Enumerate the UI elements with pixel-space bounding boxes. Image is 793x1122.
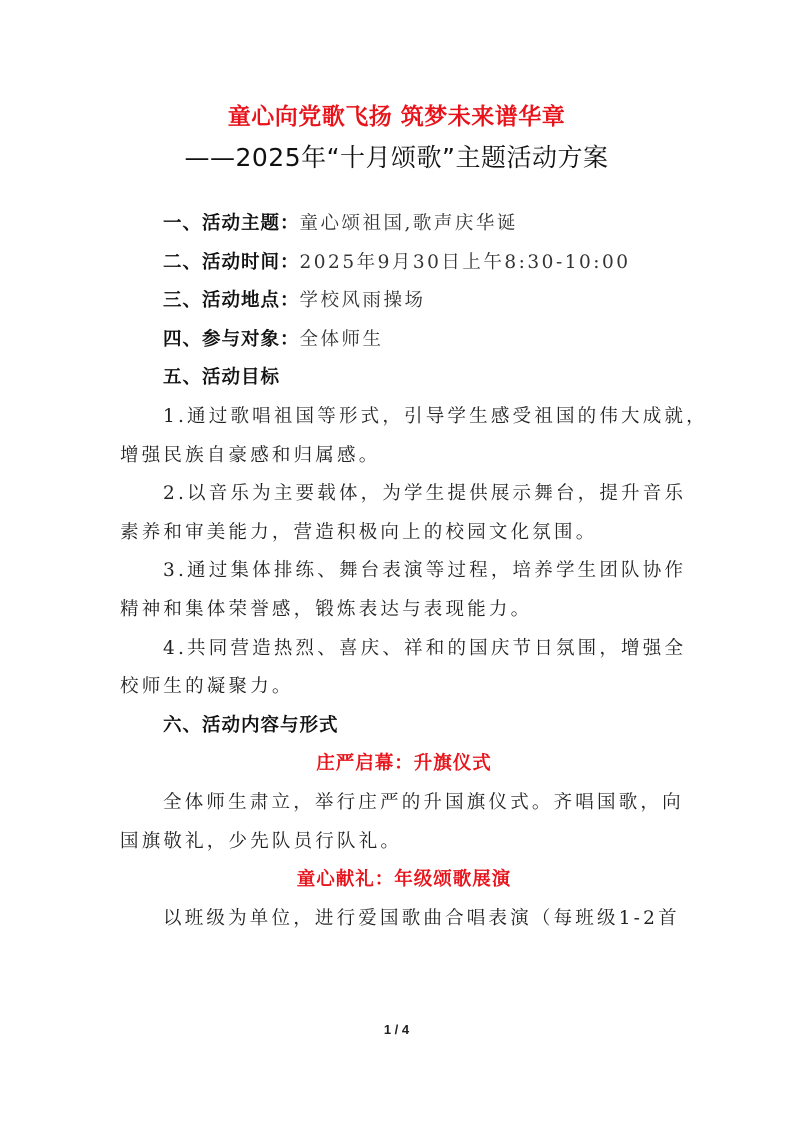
- time-value: 2025年9月30日上午8:30-10:00: [300, 252, 631, 273]
- part-1-line-2: 国旗敬礼，少先队员行队礼。: [120, 823, 688, 862]
- part-2-title: 童心献礼：年级颂歌展演: [120, 861, 688, 900]
- document-body: 一、活动主题：童心颂祖国,歌声庆华诞 二、活动时间：2025年9月30日上午8:…: [120, 205, 688, 938]
- theme-value: 童心颂祖国,歌声庆华诞: [300, 213, 518, 234]
- place-value: 学校风雨操场: [300, 290, 426, 311]
- document-page: 童心向党歌飞扬 筑梦未来谱华章 ——2025年“十月颂歌”主题活动方案 一、活动…: [0, 0, 793, 1122]
- theme-row: 一、活动主题：童心颂祖国,歌声庆华诞: [120, 205, 688, 244]
- goals-heading: 五、活动目标: [120, 359, 688, 398]
- goal-3-line-1: 3.通过集体排练、舞台表演等过程，培养学生团队协作: [120, 552, 688, 591]
- time-label: 二、活动时间：: [163, 252, 300, 273]
- place-label: 三、活动地点：: [163, 290, 300, 311]
- subtitle: ——2025年“十月颂歌”主题活动方案: [0, 140, 793, 176]
- part-1-title: 庄严启幕：升旗仪式: [120, 745, 688, 784]
- main-title: 童心向党歌飞扬 筑梦未来谱华章: [0, 100, 793, 134]
- goal-1-line-1: 1.通过歌唱祖国等形式，引导学生感受祖国的伟大成就，: [120, 398, 688, 437]
- theme-label: 一、活动主题：: [163, 213, 300, 234]
- part-2-line-1: 以班级为单位，进行爱国歌曲合唱表演（每班级1-2首: [120, 900, 688, 939]
- goal-2-line-1: 2.以音乐为主要载体，为学生提供展示舞台，提升音乐: [120, 475, 688, 514]
- place-row: 三、活动地点：学校风雨操场: [120, 282, 688, 321]
- participants-value: 全体师生: [300, 329, 384, 350]
- goal-2-line-2: 素养和审美能力，营造积极向上的校园文化氛围。: [120, 514, 688, 553]
- part-1-line-1: 全体师生肃立，举行庄严的升国旗仪式。齐唱国歌，向: [120, 784, 688, 823]
- goal-4-line-1: 4.共同营造热烈、喜庆、祥和的国庆节日氛围，增强全: [120, 630, 688, 669]
- goal-3-line-2: 精神和集体荣誉感，锻炼表达与表现能力。: [120, 591, 688, 630]
- page-indicator: 1 / 4: [0, 1022, 793, 1037]
- goal-4-line-2: 校师生的凝聚力。: [120, 668, 688, 707]
- content-heading: 六、活动内容与形式: [120, 707, 688, 746]
- goal-1-line-2: 增强民族自豪感和归属感。: [120, 437, 688, 476]
- participants-label: 四、参与对象：: [163, 329, 300, 350]
- participants-row: 四、参与对象：全体师生: [120, 321, 688, 360]
- time-row: 二、活动时间：2025年9月30日上午8:30-10:00: [120, 244, 688, 283]
